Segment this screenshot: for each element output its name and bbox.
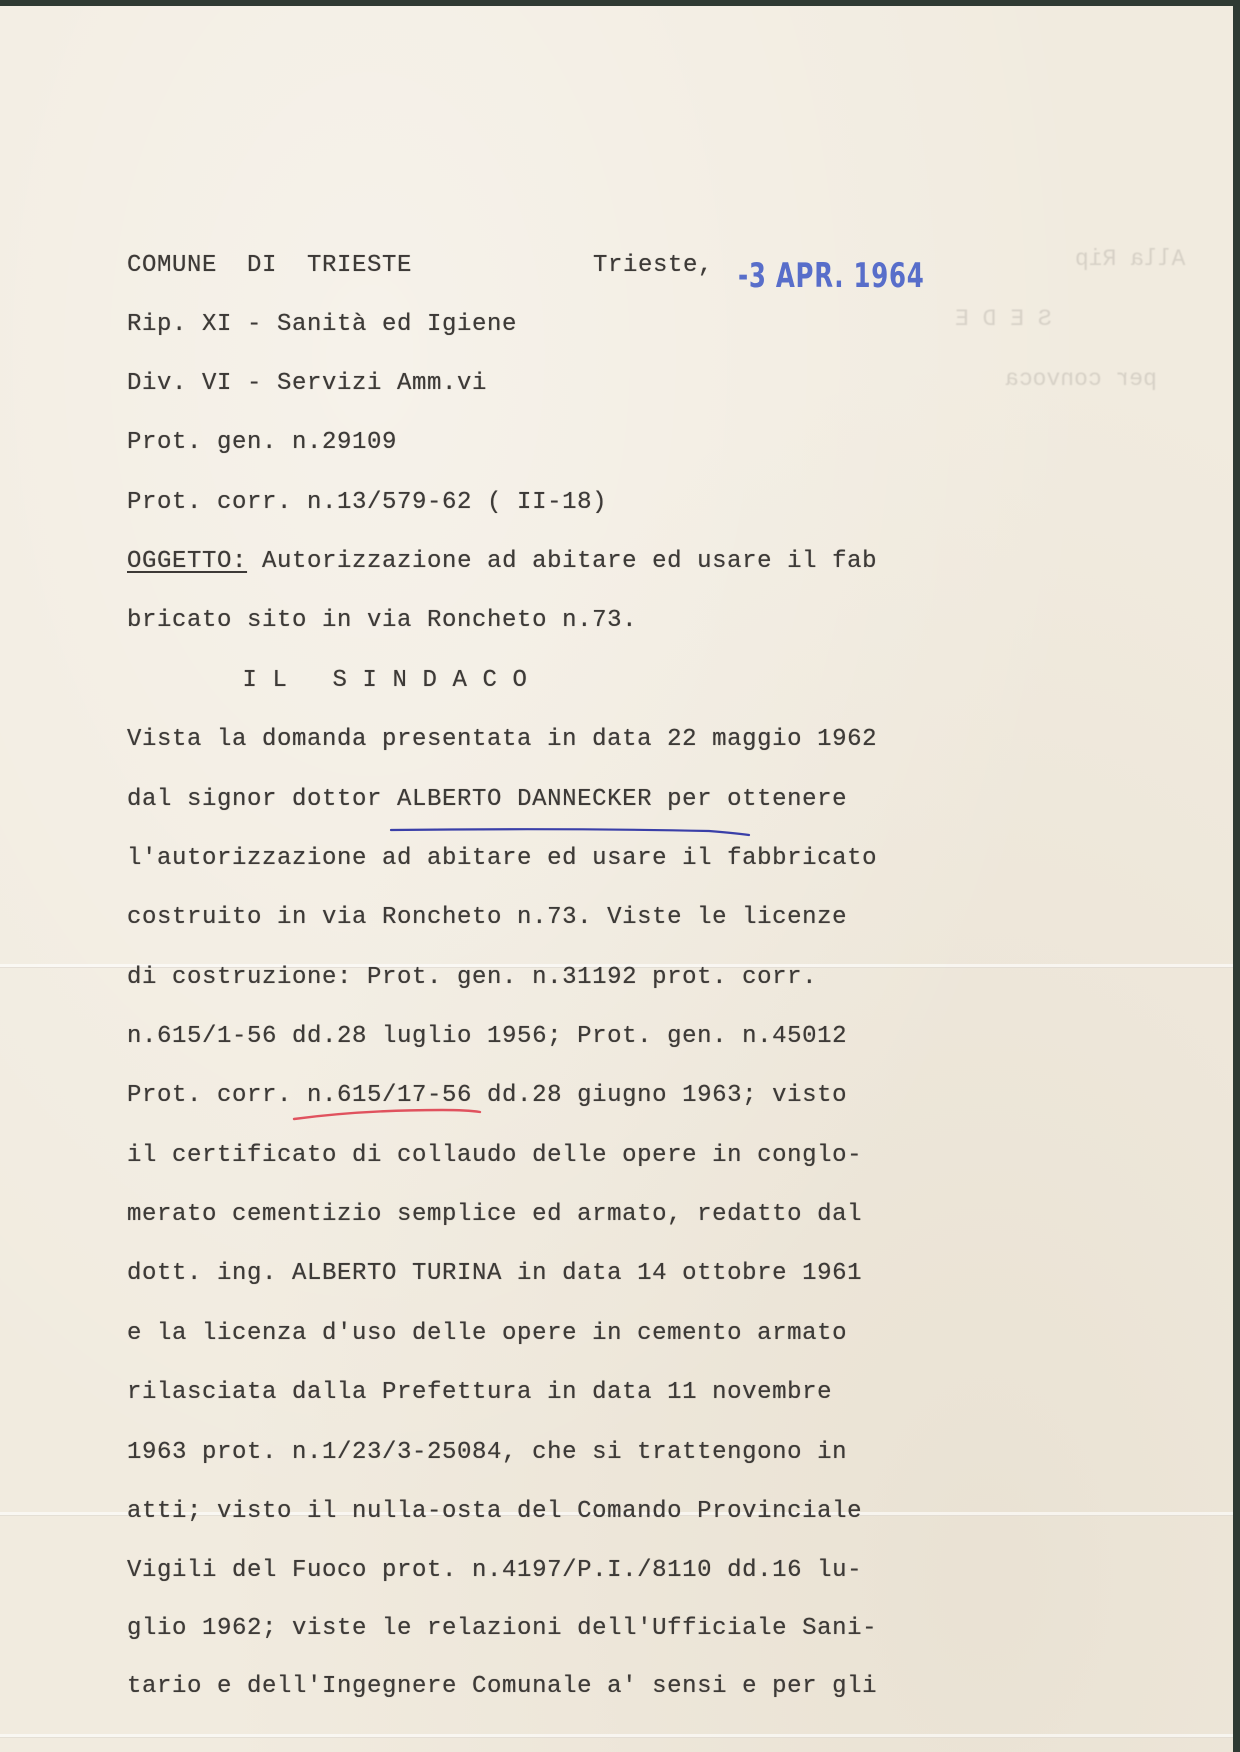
body-line: glio 1962; viste le relazioni dell'Uffic… (127, 1615, 877, 1643)
blue-pen-underline (389, 827, 751, 837)
protocol-correspondence: Prot. corr. n.13/579-62 ( II-18) (127, 489, 607, 517)
body-line: costruito in via Roncheto n.73. Viste le… (127, 904, 847, 932)
document-title: I L S I N D A C O (0, 667, 770, 695)
body-text: dal signor dottor (127, 786, 397, 813)
department: Rip. XI - Sanità ed Igiene (127, 311, 517, 339)
body-line: il certificato di collaudo delle opere i… (127, 1142, 862, 1170)
body-line: tario e dell'Ingegnere Comunale a' sensi… (127, 1673, 877, 1701)
date-stamp: -3 APR. 1964 (738, 256, 925, 296)
body-line: e la licenza d'uso delle opere in cement… (127, 1320, 847, 1348)
body-text: per ottenere (652, 786, 847, 813)
subject-continuation: bricato sito in via Roncheto n.73. (127, 607, 637, 635)
body-line: l'autorizzazione ad abitare ed usare il … (127, 845, 877, 873)
paper-fold-line (0, 1734, 1233, 1738)
body-line: rilasciata dalla Prefettura in data 11 n… (127, 1379, 832, 1407)
body-line: 1963 prot. n.1/23/3-25084, che si tratte… (127, 1439, 847, 1467)
bleed-through-text: Alla Rip (1075, 246, 1185, 272)
applicant-name: ALBERTO DANNECKER (397, 786, 652, 813)
bleed-through-text: S E D E (955, 306, 1052, 332)
body-line: di costruzione: Prot. gen. n.31192 prot.… (127, 964, 817, 992)
red-pen-underline (292, 1106, 482, 1122)
body-line: merato cementizio semplice ed armato, re… (127, 1201, 862, 1229)
subject-text: Autorizzazione ad abitare ed usare il fa… (247, 548, 877, 575)
body-line: Prot. corr. n.615/17-56 dd.28 giugno 196… (127, 1082, 847, 1110)
body-line: Vista la domanda presentata in data 22 m… (127, 726, 877, 754)
body-line: dott. ing. ALBERTO TURINA in data 14 ott… (127, 1260, 862, 1288)
body-line: dal signor dottor ALBERTO DANNECKER per … (127, 786, 847, 814)
place-label: Trieste, (593, 252, 713, 280)
division: Div. VI - Servizi Amm.vi (127, 370, 487, 398)
body-line: n.615/1-56 dd.28 luglio 1956; Prot. gen.… (127, 1023, 847, 1051)
subject-line: OGGETTO: Autorizzazione ad abitare ed us… (127, 548, 877, 576)
institution-name: COMUNE DI TRIESTE (127, 252, 412, 280)
protocol-general: Prot. gen. n.29109 (127, 429, 397, 457)
bleed-through-text: per convoca (1005, 366, 1157, 392)
subject-label: OGGETTO: (127, 548, 247, 575)
document-page: Alla Rip S E D E per convoca COMUNE DI T… (0, 6, 1233, 1752)
body-line: atti; visto il nulla-osta del Comando Pr… (127, 1498, 862, 1526)
body-line: Vigili del Fuoco prot. n.4197/P.I./8110 … (127, 1557, 862, 1585)
